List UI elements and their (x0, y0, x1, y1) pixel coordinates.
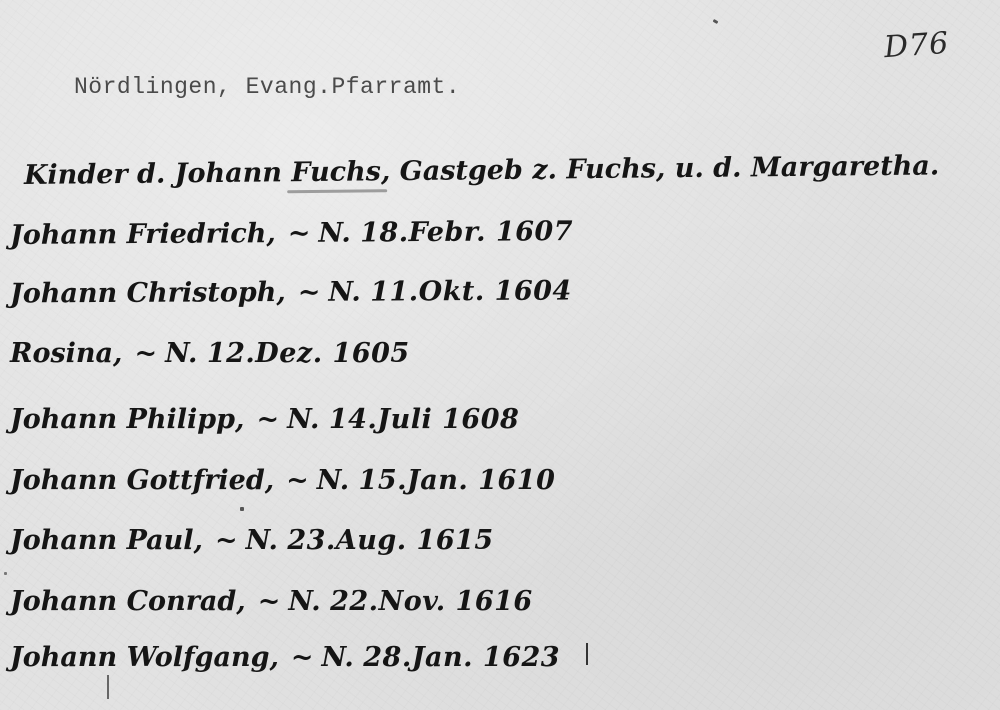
child-entry: Johann Philipp,~N. 14.Juli 1608 (10, 404, 519, 435)
child-name: Johann Friedrich (10, 218, 267, 251)
baptism-mark: ~ (215, 525, 238, 556)
baptism-date: 14.Juli 1608 (329, 404, 519, 435)
place-abbrev: N. (321, 642, 353, 673)
place-abbrev: N. (165, 338, 197, 369)
place-abbrev: N. (287, 404, 319, 435)
child-entry: Rosina,~N. 12.Dez. 1605 (10, 338, 410, 369)
child-entry: Johann Paul,~N. 23.Aug. 1615 (10, 525, 494, 556)
child-name: Johann Philipp (10, 404, 235, 435)
paper-speck (240, 507, 244, 511)
baptism-date: 11.Okt. 1604 (370, 276, 572, 308)
child-entry: Johann Friedrich,~N. 18.Febr. 1607 (10, 216, 573, 251)
baptism-mark: ~ (288, 218, 311, 249)
parents-rest: , Gastgeb z. Fuchs, u. d. Margaretha. (381, 150, 940, 187)
family-surname: Fuchs (291, 156, 381, 188)
baptism-mark: ~ (134, 338, 157, 369)
child-name: Johann Paul (10, 525, 194, 556)
child-entry: Johann Christoph,~N. 11.Okt. 1604 (10, 276, 572, 310)
place-abbrev: N. (328, 277, 361, 308)
baptism-mark: ~ (291, 642, 314, 673)
baptism-date: 22.Nov. 1616 (330, 586, 533, 617)
card-header-typed: Nördlingen, Evang.Pfarramt. (74, 74, 460, 100)
child-name: Johann Wolfgang (10, 642, 269, 673)
child-name: Johann Christoph (10, 277, 277, 309)
pencil-mark (107, 675, 109, 699)
baptism-date: 12.Dez. 1605 (207, 338, 410, 369)
child-name: Johann Gottfried (10, 465, 265, 496)
paper-speck (713, 19, 719, 24)
baptism-date: 23.Aug. 1615 (287, 525, 493, 556)
child-entry: Johann Wolfgang,~N. 28.Jan. 1623 (10, 642, 560, 673)
place-abbrev: N. (317, 465, 349, 496)
baptism-date: 18.Febr. 1607 (360, 216, 573, 248)
baptism-mark: ~ (298, 277, 321, 308)
place-abbrev: N. (318, 218, 351, 249)
pencil-mark (586, 643, 588, 665)
child-entry: Johann Gottfried,~N. 15.Jan. 1610 (10, 465, 555, 496)
baptism-mark: ~ (256, 404, 279, 435)
baptism-date: 15.Jan. 1610 (359, 465, 556, 496)
baptism-mark: ~ (258, 586, 281, 617)
place-abbrev: N. (288, 586, 320, 617)
child-name: Rosina (10, 338, 113, 369)
index-card: D76 Nördlingen, Evang.Pfarramt. Kinder d… (0, 0, 1000, 710)
reference-code: D76 (883, 26, 951, 65)
child-name: Johann Conrad (10, 586, 236, 617)
child-entry: Johann Conrad,~N. 22.Nov. 1616 (10, 586, 533, 617)
paper-speck (4, 572, 7, 575)
parents-prefix: Kinder d. Johann (24, 157, 282, 191)
place-abbrev: N. (246, 525, 278, 556)
baptism-mark: ~ (286, 465, 309, 496)
parents-line: Kinder d. Johann Fuchs, Gastgeb z. Fuchs… (24, 150, 940, 191)
baptism-date: 28.Jan. 1623 (363, 642, 560, 673)
